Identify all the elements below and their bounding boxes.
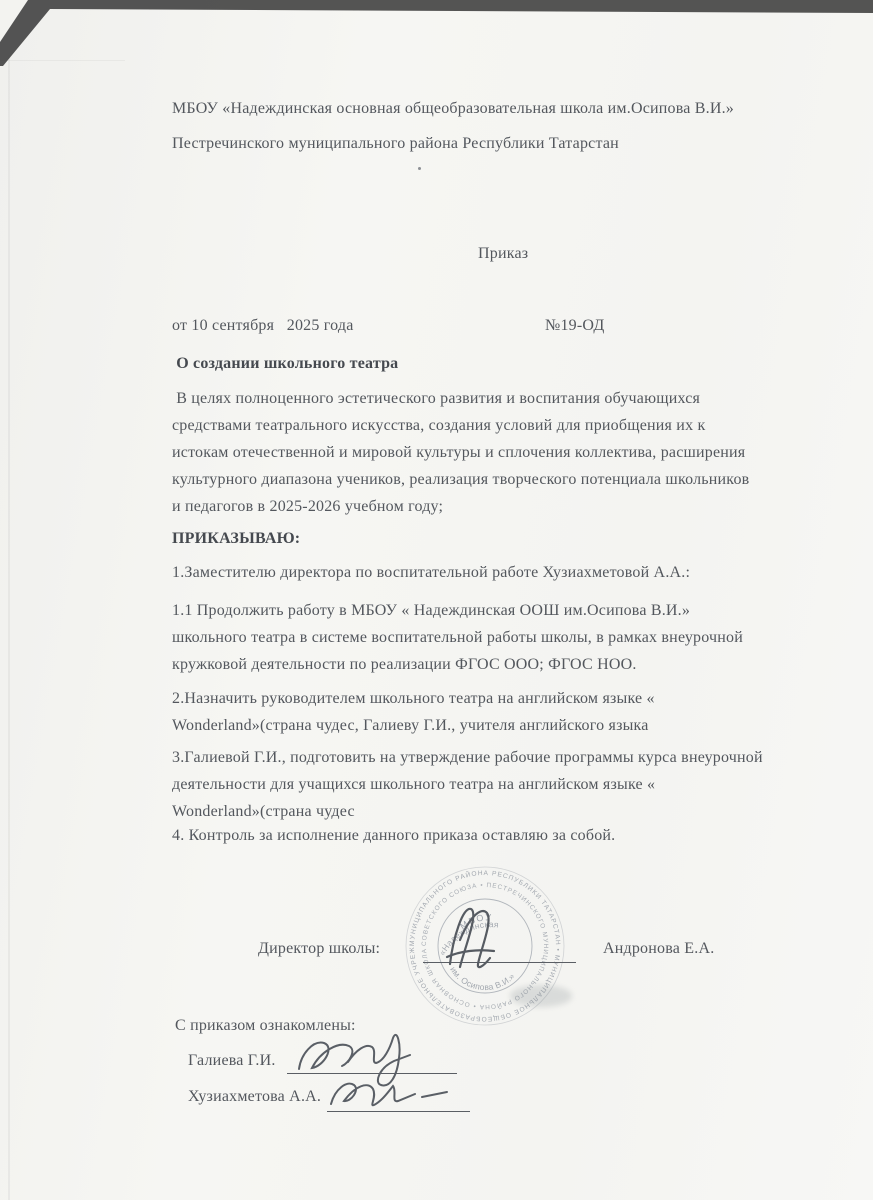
ack-signature-1 [299,1035,410,1086]
scanned-order-page: МБОУ «Надеждинская основная общеобразова… [0,0,873,1200]
ack-signature-2 [331,1084,447,1106]
signatures-overlay [0,0,873,1200]
director-signature [447,909,494,967]
